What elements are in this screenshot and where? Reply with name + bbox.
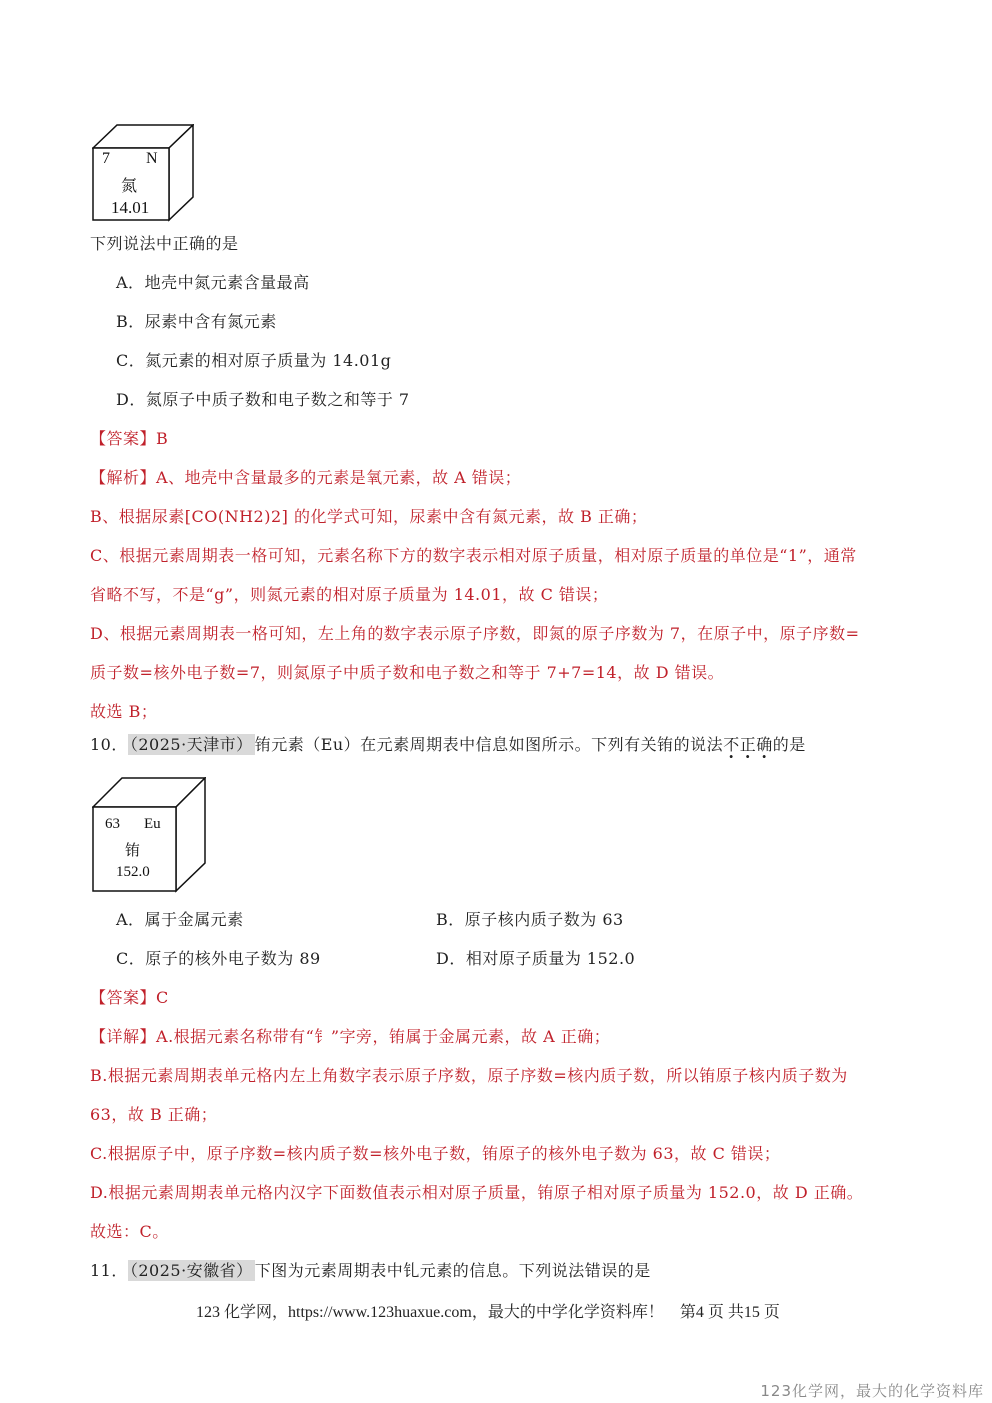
q10-detail-line-4: C.根据原子中，原子序数=核内质子数=核外电子数，铕原子的核外电子数为 63，故… [90,1144,780,1164]
emphasis-char: 正 [740,735,757,754]
answer-label: 【答案】 [90,988,156,1007]
atomic-number: 7 [102,150,110,168]
q10-detail-line-5: D.根据元素周期表单元格内汉字下面数值表示相对原子质量，铕原子相对原子质量为 1… [90,1183,863,1203]
q9-option-d[interactable]: D．氮原子中质子数和电子数之和等于 7 [116,390,410,410]
question-source-tag: （2025·安徽省） [128,1260,255,1281]
footer-text: 123 化学网，https://www.123huaxue.com，最大的中学化… [196,1304,664,1321]
question-number: 10． [90,735,128,754]
element-symbol: Eu [144,816,161,833]
page-footer: 123 化学网，https://www.123huaxue.com，最大的中学化… [196,1299,780,1322]
question-source-tag: （2025·天津市） [128,734,255,755]
element-symbol: N [146,150,158,168]
q9-option-b[interactable]: B．尿素中含有氮元素 [116,312,277,332]
q10-stem: 10．（2025·天津市）铕元素（Eu）在元素周期表中信息如图所示。下列有关铕的… [90,735,806,755]
q10-detail-line-3: 63，故 B 正确； [90,1105,217,1125]
q10-detail-line-6: 故选：C。 [90,1222,169,1242]
answer-label: 【答案】 [90,429,156,448]
q9-analysis-line-3: C、根据元素周期表一格可知，元素名称下方的数字表示相对原子质量，相对原子质量的单… [90,546,857,566]
q10-answer: 【答案】C [90,988,169,1008]
q10-option-d[interactable]: D．相对原子质量为 152.0 [436,949,635,969]
q9-analysis-line-6: 质子数=核外电子数=7，则氮原子中质子数和电子数之和等于 7+7=14，故 D … [90,663,724,683]
q10-detail-line-2: B.根据元素周期表单元格内左上角数字表示原子序数，原子序数=核内质子数，所以铕原… [90,1066,848,1086]
q10-option-b[interactable]: B．原子核内质子数为 63 [436,910,624,930]
answer-value: B [156,429,168,448]
element-cube-europium: 63 Eu 铕 152.0 [92,777,206,893]
page-number: 第4 页 共15 页 [680,1304,780,1321]
element-cube-nitrogen: 7 N 氮 14.01 [92,124,194,222]
q9-analysis-line-2: B、根据尿素[CO(NH2)2] 的化学式可知，尿素中含有氮元素，故 B 正确； [90,507,647,527]
q9-option-a[interactable]: A．地壳中氮元素含量最高 [116,273,310,293]
atomic-number: 63 [105,816,120,833]
q10-detail-line-1: 【详解】A.根据元素名称带有“钅”字旁，铕属于金属元素，故 A 正确； [90,1027,610,1047]
detail-label: 【详解】 [90,1027,156,1046]
element-name: 氮 [121,173,137,196]
watermark: 123化学网，最大的化学资料库 [760,1380,984,1401]
q9-analysis-line-5: D、根据元素周期表一格可知，左上角的数字表示原子序数，即氮的原子序数为 7，在原… [90,624,860,644]
question-number: 11． [90,1261,128,1280]
emphasis-char: 确 [756,735,773,754]
q11-stem: 11．（2025·安徽省）下图为元素周期表中钆元素的信息。下列说法错误的是 [90,1261,651,1281]
answer-value: C [156,988,169,1007]
q9-analysis-line-4: 省略不写，不是“g”，则氮元素的相对原子质量为 14.01，故 C 错误； [90,585,608,605]
q9-option-c[interactable]: C．氮元素的相对原子质量为 14.01g [116,351,391,371]
q9-analysis-line-7: 故选 B； [90,702,157,722]
q10-option-c[interactable]: C．原子的核外电子数为 89 [116,949,321,969]
atomic-mass: 14.01 [111,198,149,218]
q9-stem: 下列说法中正确的是 [90,234,239,254]
q9-analysis-line-1: 【解析】A、地壳中含量最多的元素是氧元素，故 A 错误； [90,468,521,488]
atomic-mass: 152.0 [116,864,150,881]
element-name: 铕 [125,839,140,860]
emphasis-char: 不 [723,735,740,754]
q9-answer: 【答案】B [90,429,168,449]
q10-option-a[interactable]: A．属于金属元素 [116,910,244,930]
analysis-label: 【解析】 [90,468,156,487]
